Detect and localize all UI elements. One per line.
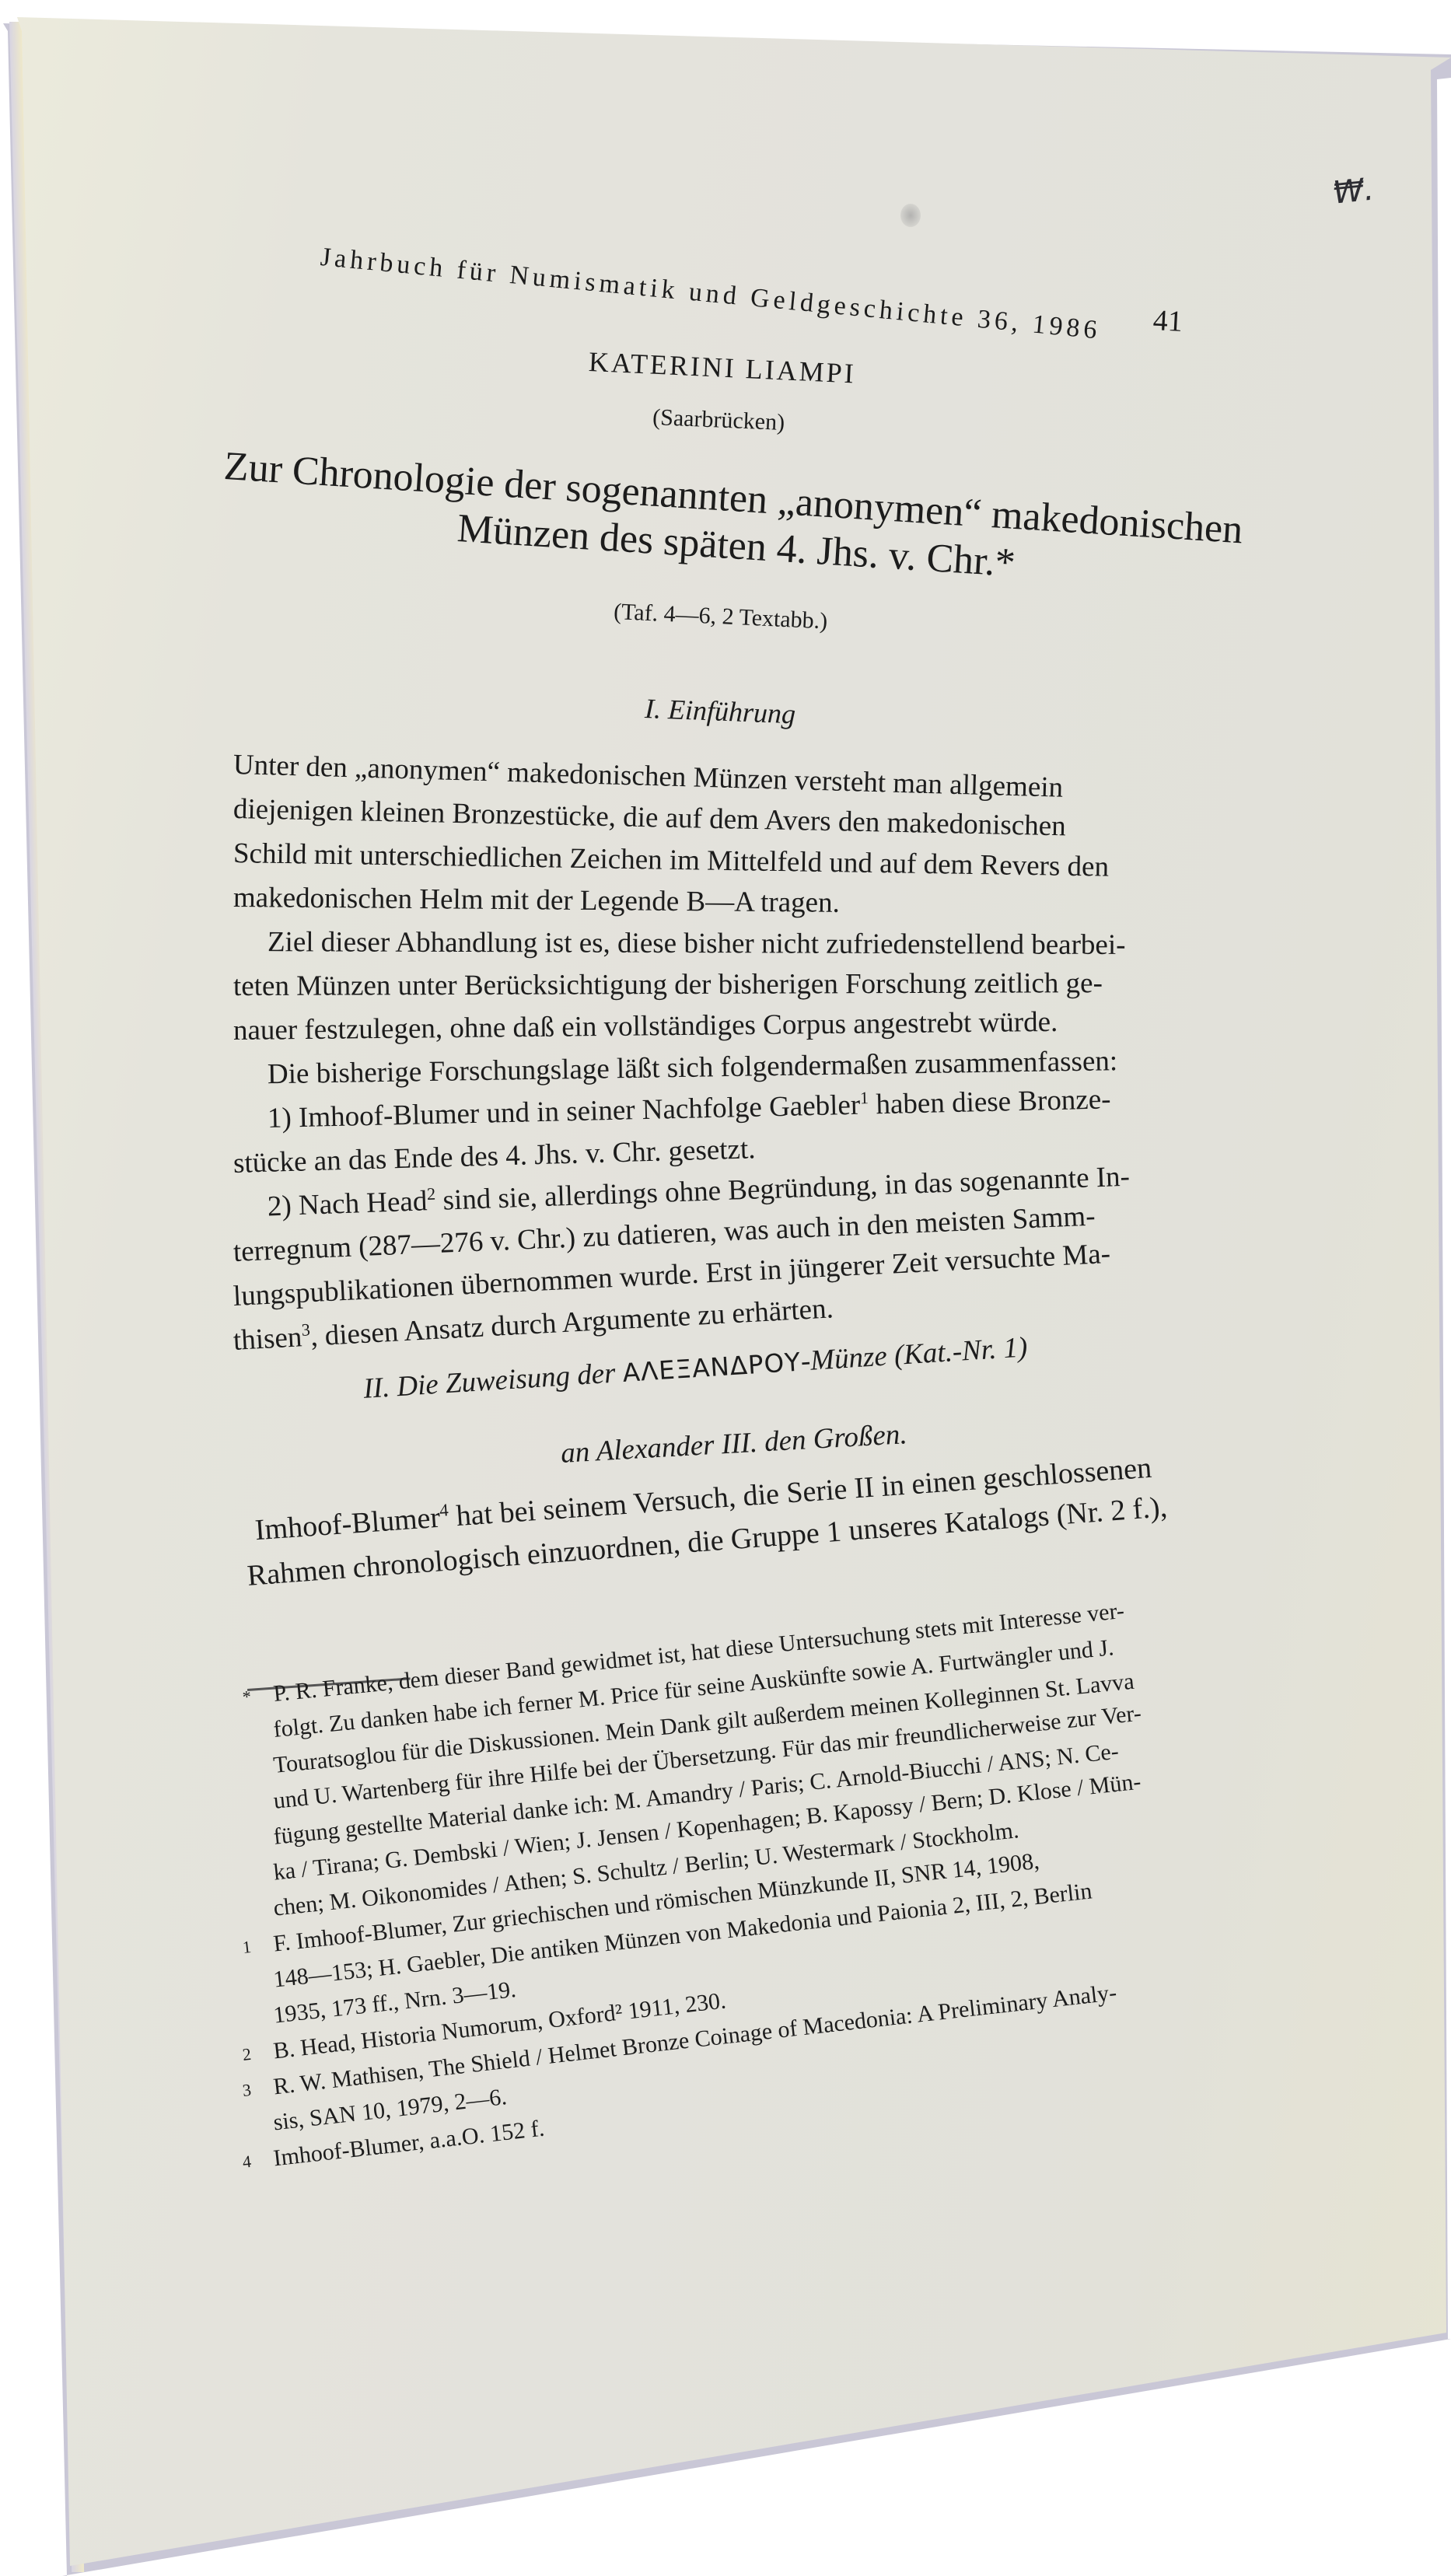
page-number: 41 xyxy=(1152,303,1184,339)
footnote-ref-2[interactable]: 2 xyxy=(427,1184,436,1204)
footnote-mark: 3 xyxy=(240,2070,275,2109)
footnotes: *P. R. Franke, dem dieser Band gewidmet … xyxy=(243,1679,1253,2180)
section-heading-1: I. Einführung xyxy=(644,692,795,730)
running-head: Jahrbuch für Numismatik und Geldgeschich… xyxy=(319,243,1102,346)
plates-note: (Taf. 4—6, 2 Textabb.) xyxy=(613,599,827,634)
handwritten-mark: ₩. xyxy=(1331,172,1376,211)
author-name: KATERINI LIAMPI xyxy=(588,345,857,390)
section-2-body: Imhoof-Blumer4 hat bei seinem Versuch, d… xyxy=(247,1462,1170,1599)
section-1-body: Unter den „anonymen“ makedonischen Münze… xyxy=(233,743,1229,1363)
footnote-mark: 2 xyxy=(240,2034,275,2073)
paper-page: ₩. Jahrbuch für Numismatik und Geldgesch… xyxy=(0,0,1451,2576)
footnote-mark: 4 xyxy=(240,2141,275,2180)
author-affiliation: (Saarbrücken) xyxy=(652,404,785,436)
footnote-mark: * xyxy=(241,1676,275,1715)
footnote-mark: 1 xyxy=(241,1927,276,1966)
smudge-mark xyxy=(900,204,921,227)
